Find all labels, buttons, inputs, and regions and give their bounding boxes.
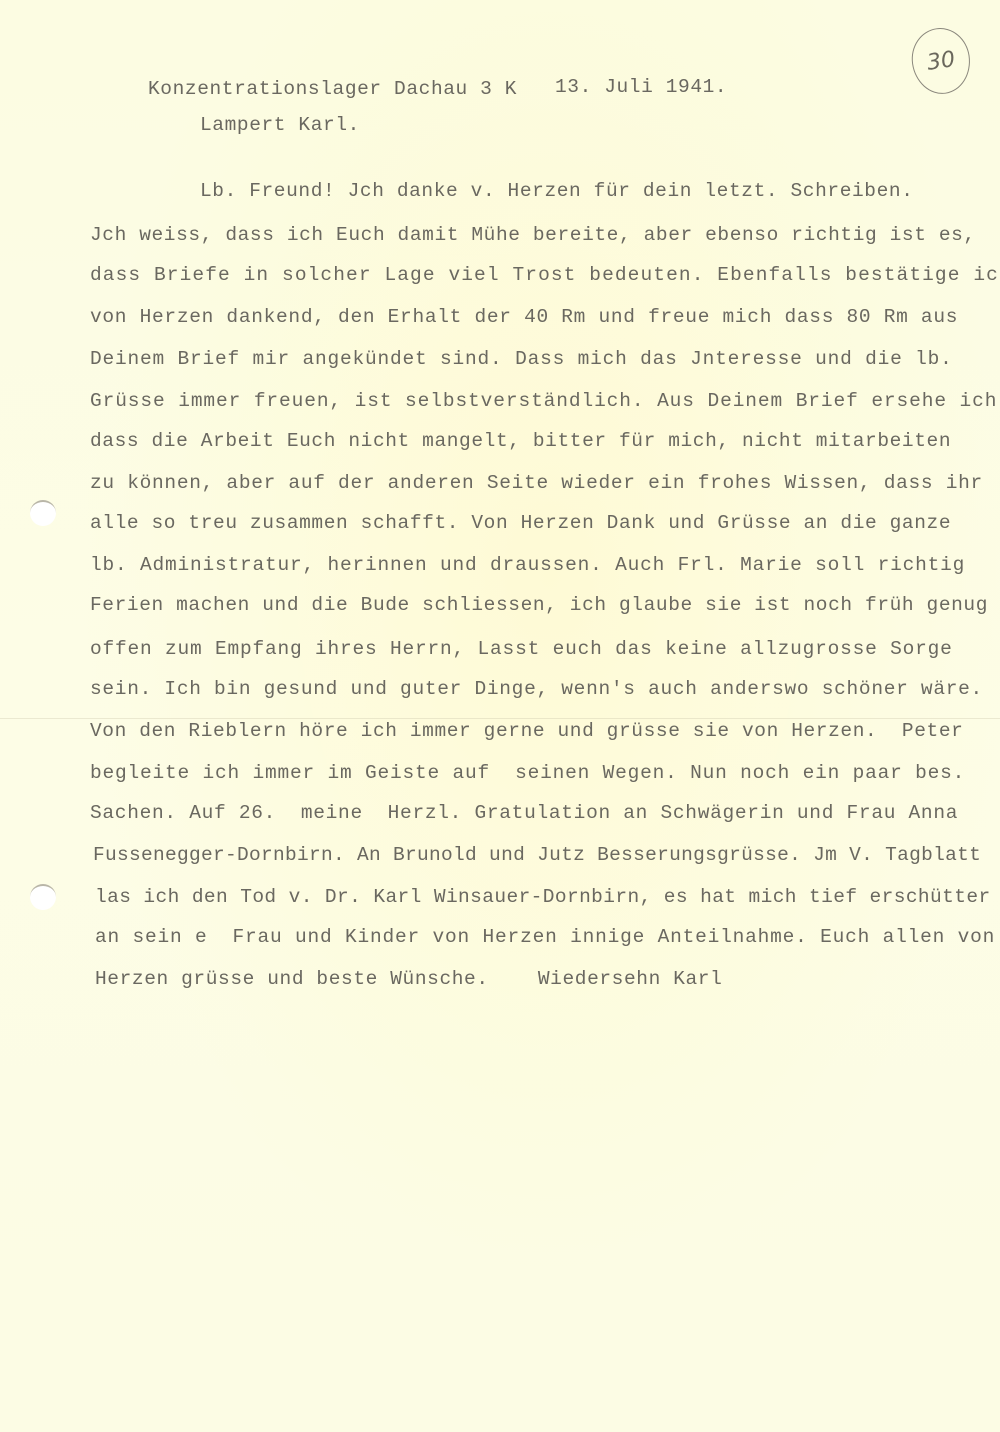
header-location: Konzentrationslager Dachau 3 K	[148, 80, 517, 100]
punch-hole-bottom	[30, 884, 56, 910]
letter-line: Herzen grüsse und beste Wünsche. Wieders…	[95, 970, 722, 990]
header-sender: Lampert Karl.	[200, 116, 360, 136]
letter-line: begleite ich immer im Geiste auf seinen …	[90, 764, 965, 784]
letter-line: las ich den Tod v. Dr. Karl Winsauer-Dor…	[95, 888, 991, 908]
letter-line: Von den Rieblern höre ich immer gerne un…	[90, 722, 963, 742]
header-date: 13. Juli 1941.	[555, 78, 727, 98]
letter-line: Deinem Brief mir angekündet sind. Dass m…	[90, 350, 953, 370]
letter-line: dass die Arbeit Euch nicht mangelt, bitt…	[90, 432, 951, 452]
letter-line: Grüsse immer freuen, ist selbstverständl…	[90, 392, 997, 412]
letter-line: Jch weiss, dass ich Euch damit Mühe bere…	[90, 226, 976, 246]
letter-line: lb. Administratur, herinnen und draussen…	[90, 556, 965, 576]
letter-line: Sachen. Auf 26. meine Herzl. Gratulation…	[90, 804, 958, 824]
letter-line: alle so treu zusammen schafft. Von Herze…	[90, 514, 951, 534]
punch-hole-top	[30, 500, 56, 526]
letter-line: offen zum Empfang ihres Herrn, Lasst euc…	[90, 640, 953, 660]
letter-line: dass Briefe in solcher Lage viel Trost b…	[90, 266, 1000, 286]
letter-line: von Herzen dankend, den Erhalt der 40 Rm…	[90, 308, 958, 328]
letter-line: sein. Ich bin gesund und guter Dinge, we…	[90, 680, 983, 700]
page-number-text: 30	[925, 47, 956, 76]
letter-line: Fussenegger-Dornbirn. An Brunold und Jut…	[93, 846, 981, 866]
letter-line: Lb. Freund! Jch danke v. Herzen für dein…	[200, 182, 914, 202]
paper-background	[0, 0, 1000, 1432]
letter-line: Ferien machen und die Bude schliessen, i…	[90, 596, 988, 616]
letter-line: zu können, aber auf der anderen Seite wi…	[90, 474, 983, 494]
paper-fold-crease	[0, 718, 1000, 719]
letter-line: an sein e Frau und Kinder von Herzen inn…	[95, 928, 995, 948]
